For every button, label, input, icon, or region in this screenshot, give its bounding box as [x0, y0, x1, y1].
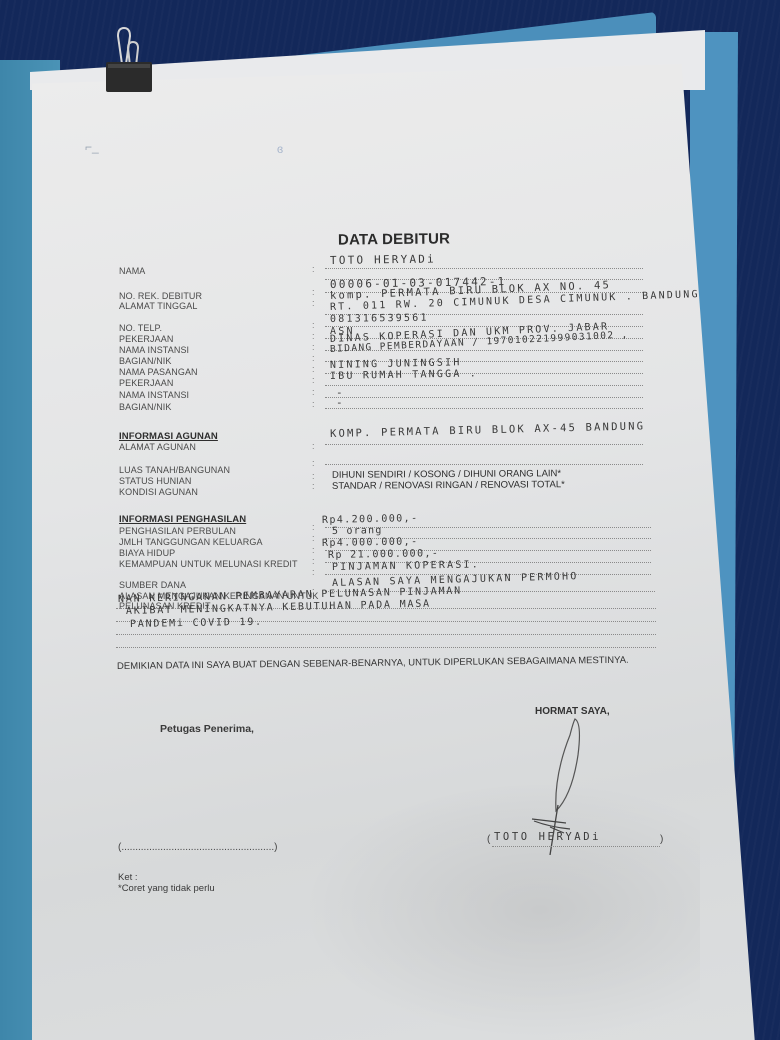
label-alamat-agunan: ALAMAT AGUNAN	[119, 442, 196, 452]
label-kondisi-agunan: KONDISI AGUNAN	[119, 487, 198, 497]
colon: :	[312, 556, 315, 566]
value-biaya-hidup[interactable]: Rp4.000.000,-	[322, 536, 419, 549]
dotted-line	[325, 397, 643, 398]
label-nama-instansi-pasangan: NAMA INSTANSI	[119, 390, 189, 400]
colon: :	[312, 364, 315, 374]
dotted-line	[492, 846, 660, 847]
option-kondisi-agunan[interactable]: STANDAR / RENOVASI RINGAN / RENOVASI TOT…	[332, 479, 565, 492]
label-nama-instansi: NAMA INSTANSI	[119, 345, 189, 355]
colon: :	[312, 533, 315, 543]
value-kemampuan-melunasi[interactable]: Rp 21.000.000,-	[328, 548, 439, 561]
label-luas-tanah: LUAS TANAH/BANGUNAN	[119, 465, 230, 475]
label-bagian-nik-pasangan: BAGIAN/NIK	[119, 402, 172, 412]
dotted-line	[325, 444, 643, 445]
value-alasan-line4[interactable]: PANDEMi COVID 19.	[130, 617, 263, 630]
dotted-line	[325, 385, 643, 386]
notes-text: *Coret yang tidak perlu	[118, 883, 215, 894]
value-pekerjaan-pasangan[interactable]: IBU RUMAH TANGGA .	[330, 368, 478, 382]
label-no-telp: NO. TELP.	[119, 323, 162, 333]
colon: :	[312, 264, 315, 274]
colon: :	[312, 441, 315, 451]
colon: :	[312, 399, 315, 409]
debtor-name-paren-close: )	[660, 834, 663, 845]
notes-label: Ket :	[118, 872, 138, 883]
officer-name-line[interactable]: (.......................................…	[118, 842, 277, 853]
colon: :	[312, 471, 315, 481]
dotted-line	[116, 634, 656, 635]
value-penghasilan-perbulan[interactable]: Rp4.200.000,-	[322, 513, 419, 526]
label-pekerjaan: PEKERJAAN	[119, 334, 173, 344]
page-title: DATA DEBITUR	[338, 230, 450, 248]
colon: :	[312, 342, 315, 352]
colon: :	[312, 287, 315, 297]
label-sumber-dana: SUMBER DANA	[119, 580, 186, 590]
section-heading-agunan: INFORMASI AGUNAN	[119, 431, 218, 442]
label-nama: NAMA	[119, 266, 145, 276]
colon: :	[312, 567, 315, 577]
dotted-line	[325, 408, 643, 409]
dotted-line	[116, 647, 656, 648]
label-bagian-nik: BAGIAN/NIK	[119, 356, 172, 366]
declaration-statement: DEMIKIAN DATA INI SAYA BUAT DENGAN SEBEN…	[117, 655, 629, 672]
label-no-rek: NO. REK. DEBITUR	[119, 291, 202, 301]
colon: :	[312, 545, 315, 555]
colon: :	[312, 458, 315, 468]
dotted-line	[325, 268, 643, 269]
luas-tanah-input-line[interactable]	[325, 464, 643, 465]
label-pekerjaan-pasangan: PEKERJAAN	[119, 378, 173, 388]
value-no-telp[interactable]: 081316539561	[330, 313, 429, 325]
section-heading-penghasilan: INFORMASI PENGHASILAN	[119, 514, 246, 525]
label-biaya-hidup: BIAYA HIDUP	[119, 548, 175, 558]
colon: :	[312, 320, 315, 330]
debtor-name-paren-open: (	[487, 834, 490, 845]
data-debitur-form: DATA DEBITUR NAMA : TOTO HERYADi NO. REK…	[0, 0, 780, 1040]
label-alamat-tinggal: ALAMAT TINGGAL	[119, 301, 197, 311]
colon: :	[312, 331, 315, 341]
label-status-hunian: STATUS HUNIAN	[119, 476, 191, 486]
label-tanggungan: JMLH TANGGUNGAN KELUARGA	[119, 537, 263, 547]
value-tanggungan[interactable]: 5 orang	[332, 525, 383, 537]
colon: :	[312, 375, 315, 385]
colon: :	[312, 387, 315, 397]
value-sumber-dana[interactable]: PINJAMAN KOPERASI.	[332, 559, 480, 573]
colon: :	[312, 298, 315, 308]
debtor-printed-name[interactable]: TOTO HERYADi	[494, 831, 601, 843]
label-kemampuan-melunasi: KEMAMPUAN UNTUK MELUNASI KREDIT	[119, 559, 298, 569]
value-nama[interactable]: TOTO HERYADi	[330, 253, 436, 267]
colon: :	[312, 481, 315, 491]
colon: :	[312, 522, 315, 532]
colon: :	[312, 353, 315, 363]
officer-label: Petugas Penerima,	[160, 723, 254, 735]
label-nama-pasangan: NAMA PASANGAN	[119, 367, 198, 377]
label-penghasilan-perbulan: PENGHASILAN PERBULAN	[119, 526, 236, 536]
value-alamat-agunan[interactable]: KOMP. PERMATA BIRU BLOK AX-45 BANDUNG	[330, 420, 645, 440]
